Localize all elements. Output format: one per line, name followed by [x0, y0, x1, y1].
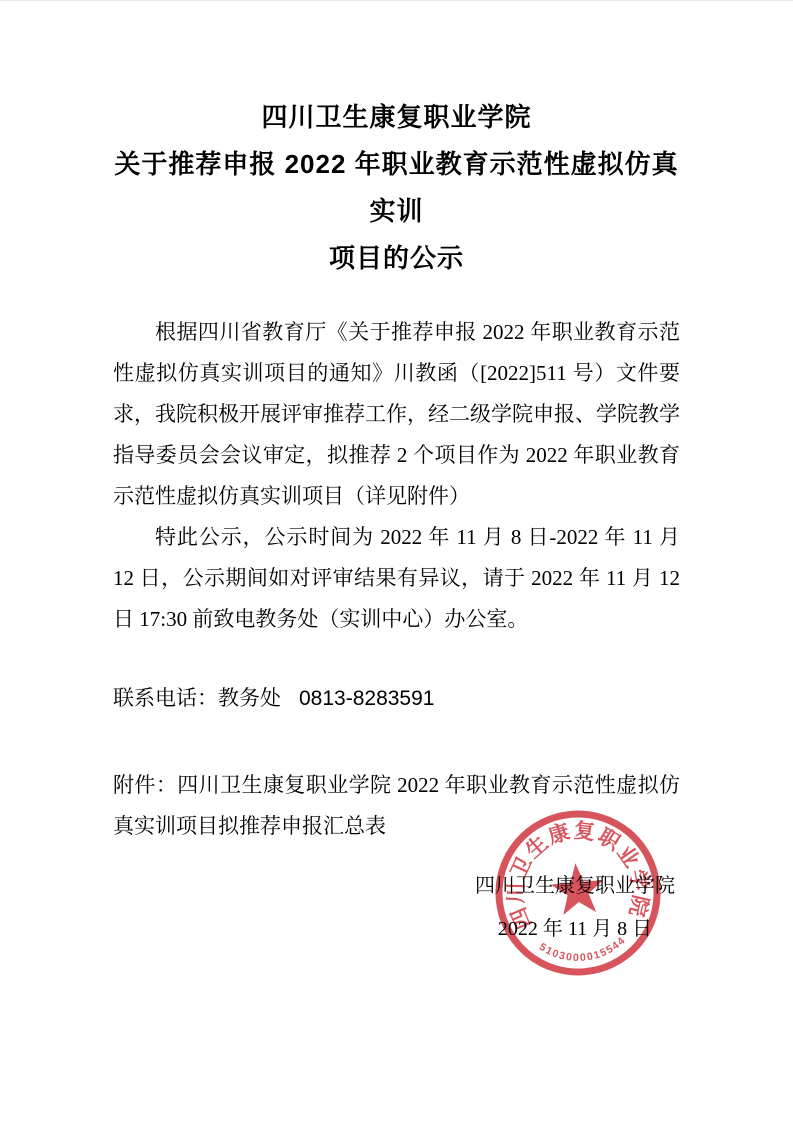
signature-organization: 四川卫生康复职业学院 [475, 865, 675, 908]
contact-phone: 0813-8283591 [299, 687, 434, 710]
attachment-note: 附件：四川卫生康复职业学院 2022 年职业教育示范性虚拟仿真实训项目拟推荐申报… [113, 765, 680, 847]
paragraph-notice: 特此公示，公示时间为 2022 年 11 月 8 日-2022 年 11 月 1… [113, 517, 680, 640]
signature-block: 四川卫生康复职业学院 2022 年 11 月 8 日 [475, 865, 675, 951]
contact-label: 联系电话：教务处 [113, 686, 281, 710]
document-page: { "document": { "title_lines": [ "四川卫生康复… [0, 0, 793, 1122]
title-line-2: 关于推荐申报 2022 年职业教育示范性虚拟仿真实训 [113, 141, 680, 235]
title-line-3: 项目的公示 [113, 235, 680, 282]
signature-date: 2022 年 11 月 8 日 [475, 908, 675, 951]
contact-line: 联系电话：教务处0813-8283591 [113, 678, 680, 719]
paragraph-basis: 根据四川省教育厅《关于推荐申报 2022 年职业教育示范性虚拟仿真实训项目的通知… [113, 312, 680, 517]
document-title: 四川卫生康复职业学院 关于推荐申报 2022 年职业教育示范性虚拟仿真实训 项目… [113, 94, 680, 282]
document-body: 四川卫生康复职业学院 关于推荐申报 2022 年职业教育示范性虚拟仿真实训 项目… [113, 1, 680, 847]
title-line-1: 四川卫生康复职业学院 [113, 94, 680, 141]
